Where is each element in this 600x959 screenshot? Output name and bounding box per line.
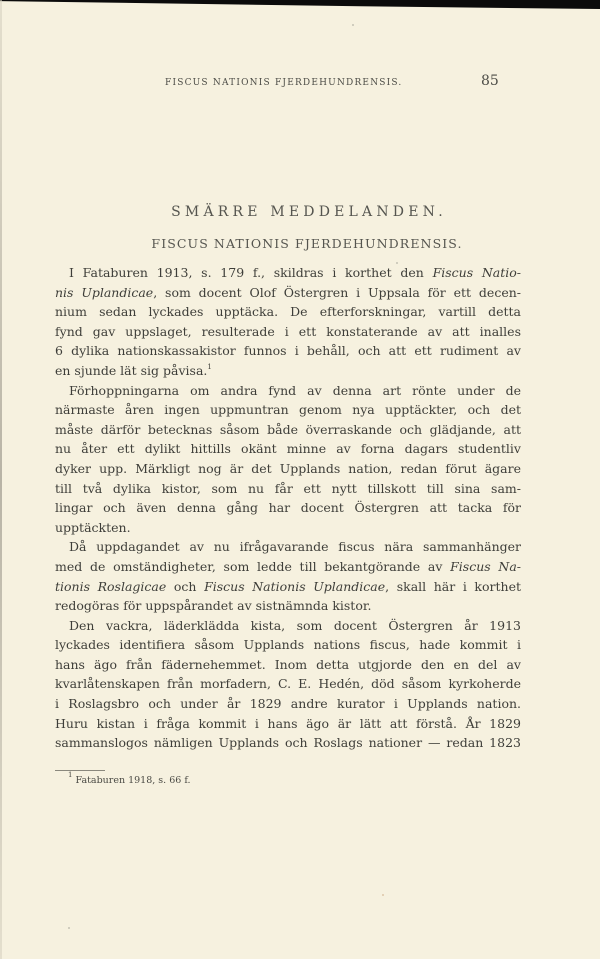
text-run: nu åter ett dylikt hittills okänt minne … xyxy=(55,441,521,456)
italic-text: nis Uplandicae xyxy=(55,285,153,300)
article-title: FISCUS NATIONIS FJERDEHUNDRENSIS. xyxy=(0,236,600,251)
footnote-text: Fataburen 1918, s. 66 f. xyxy=(76,775,191,786)
page-number: 85 xyxy=(481,73,499,89)
paragraph: Förhoppningarna om andra fynd av denna a… xyxy=(55,381,521,538)
italic-text: tionis Roslagicae xyxy=(55,579,166,594)
text-run: , skall här i korthet xyxy=(385,579,521,594)
paper-speck xyxy=(352,24,354,26)
text-line: lyckades identifiera såsom Upplands nati… xyxy=(55,635,521,655)
text-run: upptäckten. xyxy=(55,520,131,535)
text-line: Den vackra, läderklädda kista, som docen… xyxy=(55,616,521,636)
text-run: Förhoppningarna om andra fynd av denna a… xyxy=(69,383,521,398)
scan-border-left xyxy=(0,0,2,959)
footnote-marker: 1 xyxy=(68,771,72,779)
text-line: sammanslogos nämligen Upplands och Rosla… xyxy=(55,733,521,753)
italic-text: Fiscus Nationis Uplandicae xyxy=(204,579,385,594)
text-line: närmaste åren ingen uppmuntran genom nya… xyxy=(55,400,521,420)
text-run: Då uppdagandet av nu ifrågavarande fiscu… xyxy=(69,539,521,554)
paper-speck xyxy=(382,894,384,896)
text-run: måste därför betecknas såsom både överra… xyxy=(55,422,521,437)
text-run: lingar och även denna gång har docent Ös… xyxy=(55,500,521,515)
italic-text: Fiscus Natio- xyxy=(433,265,521,280)
paragraph: I Fataburen 1913, s. 179 f., skildras i … xyxy=(55,263,521,381)
paragraph: Den vackra, läderklädda kista, som docen… xyxy=(55,616,521,753)
paragraph: Då uppdagandet av nu ifrågavarande fiscu… xyxy=(55,537,521,615)
footnote-reference: 1 xyxy=(207,363,211,371)
text-run: , som docent Olof Östergren i Uppsala fö… xyxy=(153,285,521,300)
text-line: fynd gav uppslaget, resulterade i ett ko… xyxy=(55,322,521,342)
footnote-divider xyxy=(55,770,105,771)
text-line: 6 dylika nationskassakistor funnos i beh… xyxy=(55,341,521,361)
text-run: lyckades identifiera såsom Upplands nati… xyxy=(55,637,521,652)
text-run: hans ägo från fädernehemmet. Inom detta … xyxy=(55,657,521,672)
italic-text: Fiscus Na- xyxy=(450,559,521,574)
text-line: hans ägo från fädernehemmet. Inom detta … xyxy=(55,655,521,675)
text-line: nis Uplandicae, som docent Olof Östergre… xyxy=(55,283,521,303)
text-run: till två dylika kistor, som nu får ett n… xyxy=(55,481,521,496)
text-run: Huru kistan i fråga kommit i hans ägo är… xyxy=(55,716,521,731)
scan-border-top xyxy=(0,0,600,9)
running-head: FISCUS NATIONIS FJERDEHUNDRENSIS. xyxy=(165,78,495,88)
text-line: upptäckten. xyxy=(55,518,521,538)
text-line: måste därför betecknas såsom både överra… xyxy=(55,420,521,440)
text-run: en sjunde lät sig påvisa. xyxy=(55,363,207,378)
text-run: redogöras för uppspårandet av sistnämnda… xyxy=(55,598,371,613)
text-line: Huru kistan i fråga kommit i hans ägo är… xyxy=(55,714,521,734)
text-run: med de omständigheter, som ledde till be… xyxy=(55,559,450,574)
text-run: sammanslogos nämligen Upplands och Rosla… xyxy=(55,735,521,750)
paper-speck xyxy=(68,927,70,929)
text-run: kvarlåtenskapen från morfadern, C. E. He… xyxy=(55,676,521,691)
footnote: 1 Fataburen 1918, s. 66 f. xyxy=(68,775,191,786)
text-run: närmaste åren ingen uppmuntran genom nya… xyxy=(55,402,521,417)
scanned-page: FISCUS NATIONIS FJERDEHUNDRENSIS. 85 SMÄ… xyxy=(0,0,600,959)
text-line: i Roslagsbro och under år 1829 andre kur… xyxy=(55,694,521,714)
paper-speck xyxy=(396,262,398,264)
text-line: dyker upp. Märkligt nog är det Upplands … xyxy=(55,459,521,479)
text-line: tionis Roslagicae och Fiscus Nationis Up… xyxy=(55,577,521,597)
text-run: 6 dylika nationskassakistor funnos i beh… xyxy=(55,343,521,358)
body-text: I Fataburen 1913, s. 179 f., skildras i … xyxy=(55,263,521,753)
text-run: i Roslagsbro och under år 1829 andre kur… xyxy=(55,696,521,711)
text-line: redogöras för uppspårandet av sistnämnda… xyxy=(55,596,521,616)
text-line: en sjunde lät sig påvisa.1 xyxy=(55,361,521,381)
text-run: och xyxy=(166,579,204,594)
text-line: Då uppdagandet av nu ifrågavarande fiscu… xyxy=(55,537,521,557)
text-run: I Fataburen 1913, s. 179 f., skildras i … xyxy=(69,265,433,280)
text-line: med de omständigheter, som ledde till be… xyxy=(55,557,521,577)
text-run: Den vackra, läderklädda kista, som docen… xyxy=(69,618,521,633)
text-run: dyker upp. Märkligt nog är det Upplands … xyxy=(55,461,521,476)
text-line: Förhoppningarna om andra fynd av denna a… xyxy=(55,381,521,401)
text-line: kvarlåtenskapen från morfadern, C. E. He… xyxy=(55,674,521,694)
text-line: till två dylika kistor, som nu får ett n… xyxy=(55,479,521,499)
text-line: lingar och även denna gång har docent Ös… xyxy=(55,498,521,518)
text-run: fynd gav uppslaget, resulterade i ett ko… xyxy=(55,324,521,339)
text-line: I Fataburen 1913, s. 179 f., skildras i … xyxy=(55,263,521,283)
text-line: nium sedan lyckades upptäcka. De efterfo… xyxy=(55,302,521,322)
text-line: nu åter ett dylikt hittills okänt minne … xyxy=(55,439,521,459)
section-title: SMÄRRE MEDDELANDEN. xyxy=(0,204,600,220)
text-run: nium sedan lyckades upptäcka. De efterfo… xyxy=(55,304,521,319)
